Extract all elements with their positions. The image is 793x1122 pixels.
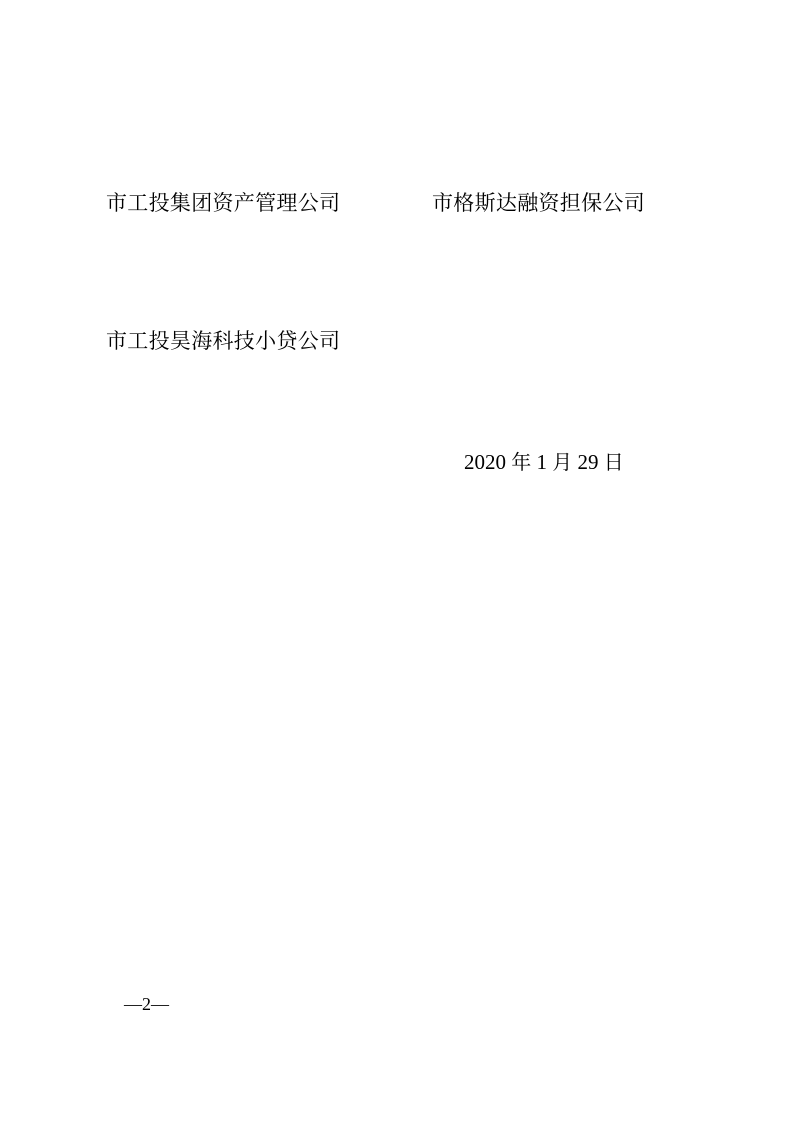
document-date: 2020 年 1 月 29 日 xyxy=(464,449,624,475)
date-month-unit: 月 xyxy=(552,450,572,474)
signatory-1: 市工投集团资产管理公司 xyxy=(106,190,340,216)
date-day: 29 xyxy=(578,450,599,474)
date-year: 2020 xyxy=(464,450,506,474)
signatory-3: 市工投昊海科技小贷公司 xyxy=(106,328,340,354)
signatory-2: 市格斯达融资担保公司 xyxy=(432,190,645,216)
date-year-unit: 年 xyxy=(511,450,531,474)
date-day-unit: 日 xyxy=(604,450,624,474)
page-number: —2— xyxy=(124,993,169,1015)
date-month: 1 xyxy=(537,450,548,474)
